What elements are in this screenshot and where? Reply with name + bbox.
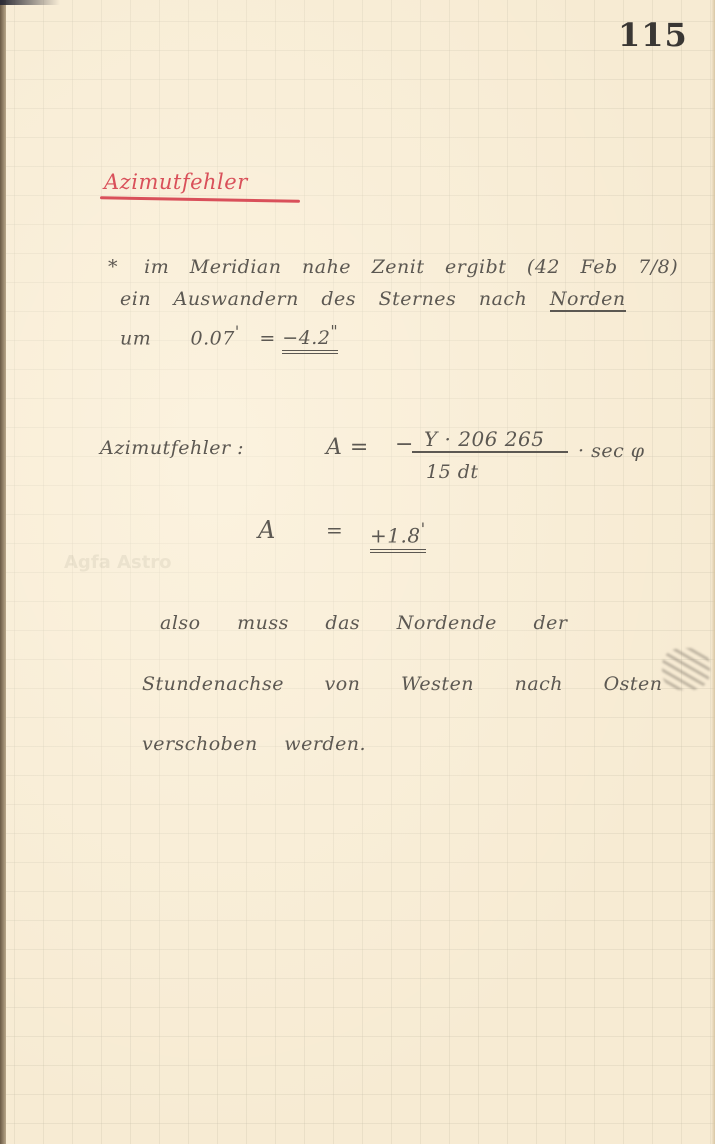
notebook-page: Agfa Astro 115 Azimutfehler * im Meridia… (0, 0, 715, 1144)
result-equals: = (326, 518, 343, 542)
formula-sign: − (395, 432, 414, 457)
conclusion-line-1: also muss das Nordende der (160, 612, 567, 634)
underlined-word-norden: Norden (550, 288, 626, 312)
offset-minutes-value: 0.07 (191, 327, 235, 349)
conclusion-line-3: verschoben werden. (142, 733, 366, 755)
offset-seconds-result: −4.2" (282, 327, 338, 354)
note-line-3: um 0.07' = −4.2" (120, 322, 338, 349)
page-number: 115 (618, 16, 688, 54)
pencil-smudge (662, 648, 710, 690)
offset-seconds-value: −4.2 (282, 327, 330, 349)
section-heading: Azimutfehler (104, 170, 248, 194)
formula-denominator: 15 dt (426, 461, 479, 483)
equals-sign: = (259, 327, 275, 349)
second-mark: " (330, 322, 338, 341)
fraction-bar (412, 451, 568, 453)
note-line-2: ein Auswandern des Sternes nach Norden (120, 288, 626, 310)
note-line-1-text: im Meridian nahe Zenit ergibt (42 Feb 7/… (144, 256, 678, 278)
formula-factor: · sec φ (578, 440, 645, 462)
formula-label: Azimutfehler : (100, 437, 244, 459)
minute-mark: ' (235, 322, 240, 341)
page-binding-edge (0, 0, 6, 1144)
note-line-2-text: ein Auswandern des Sternes nach (120, 288, 527, 310)
page-right-edge (711, 0, 715, 1144)
conclusion-line-2: Stundenachse von Westen nach Osten (142, 673, 663, 695)
note-line-1: * im Meridian nahe Zenit ergibt (42 Feb … (108, 256, 678, 278)
formula-lhs: A = (326, 435, 369, 460)
result-number: +1.8 (370, 524, 421, 548)
result-minute-mark: ' (421, 520, 426, 539)
result-value: +1.8' (370, 520, 426, 553)
heading-underline (100, 196, 300, 202)
formula-numerator: Y · 206 265 (424, 427, 544, 451)
result-lhs: A (258, 516, 276, 544)
bullet-asterisk: * (108, 256, 118, 278)
page-top-shadow (0, 0, 60, 5)
note-line-3-prefix: um (120, 327, 151, 349)
bleed-through-text: Agfa Astro (64, 552, 172, 573)
